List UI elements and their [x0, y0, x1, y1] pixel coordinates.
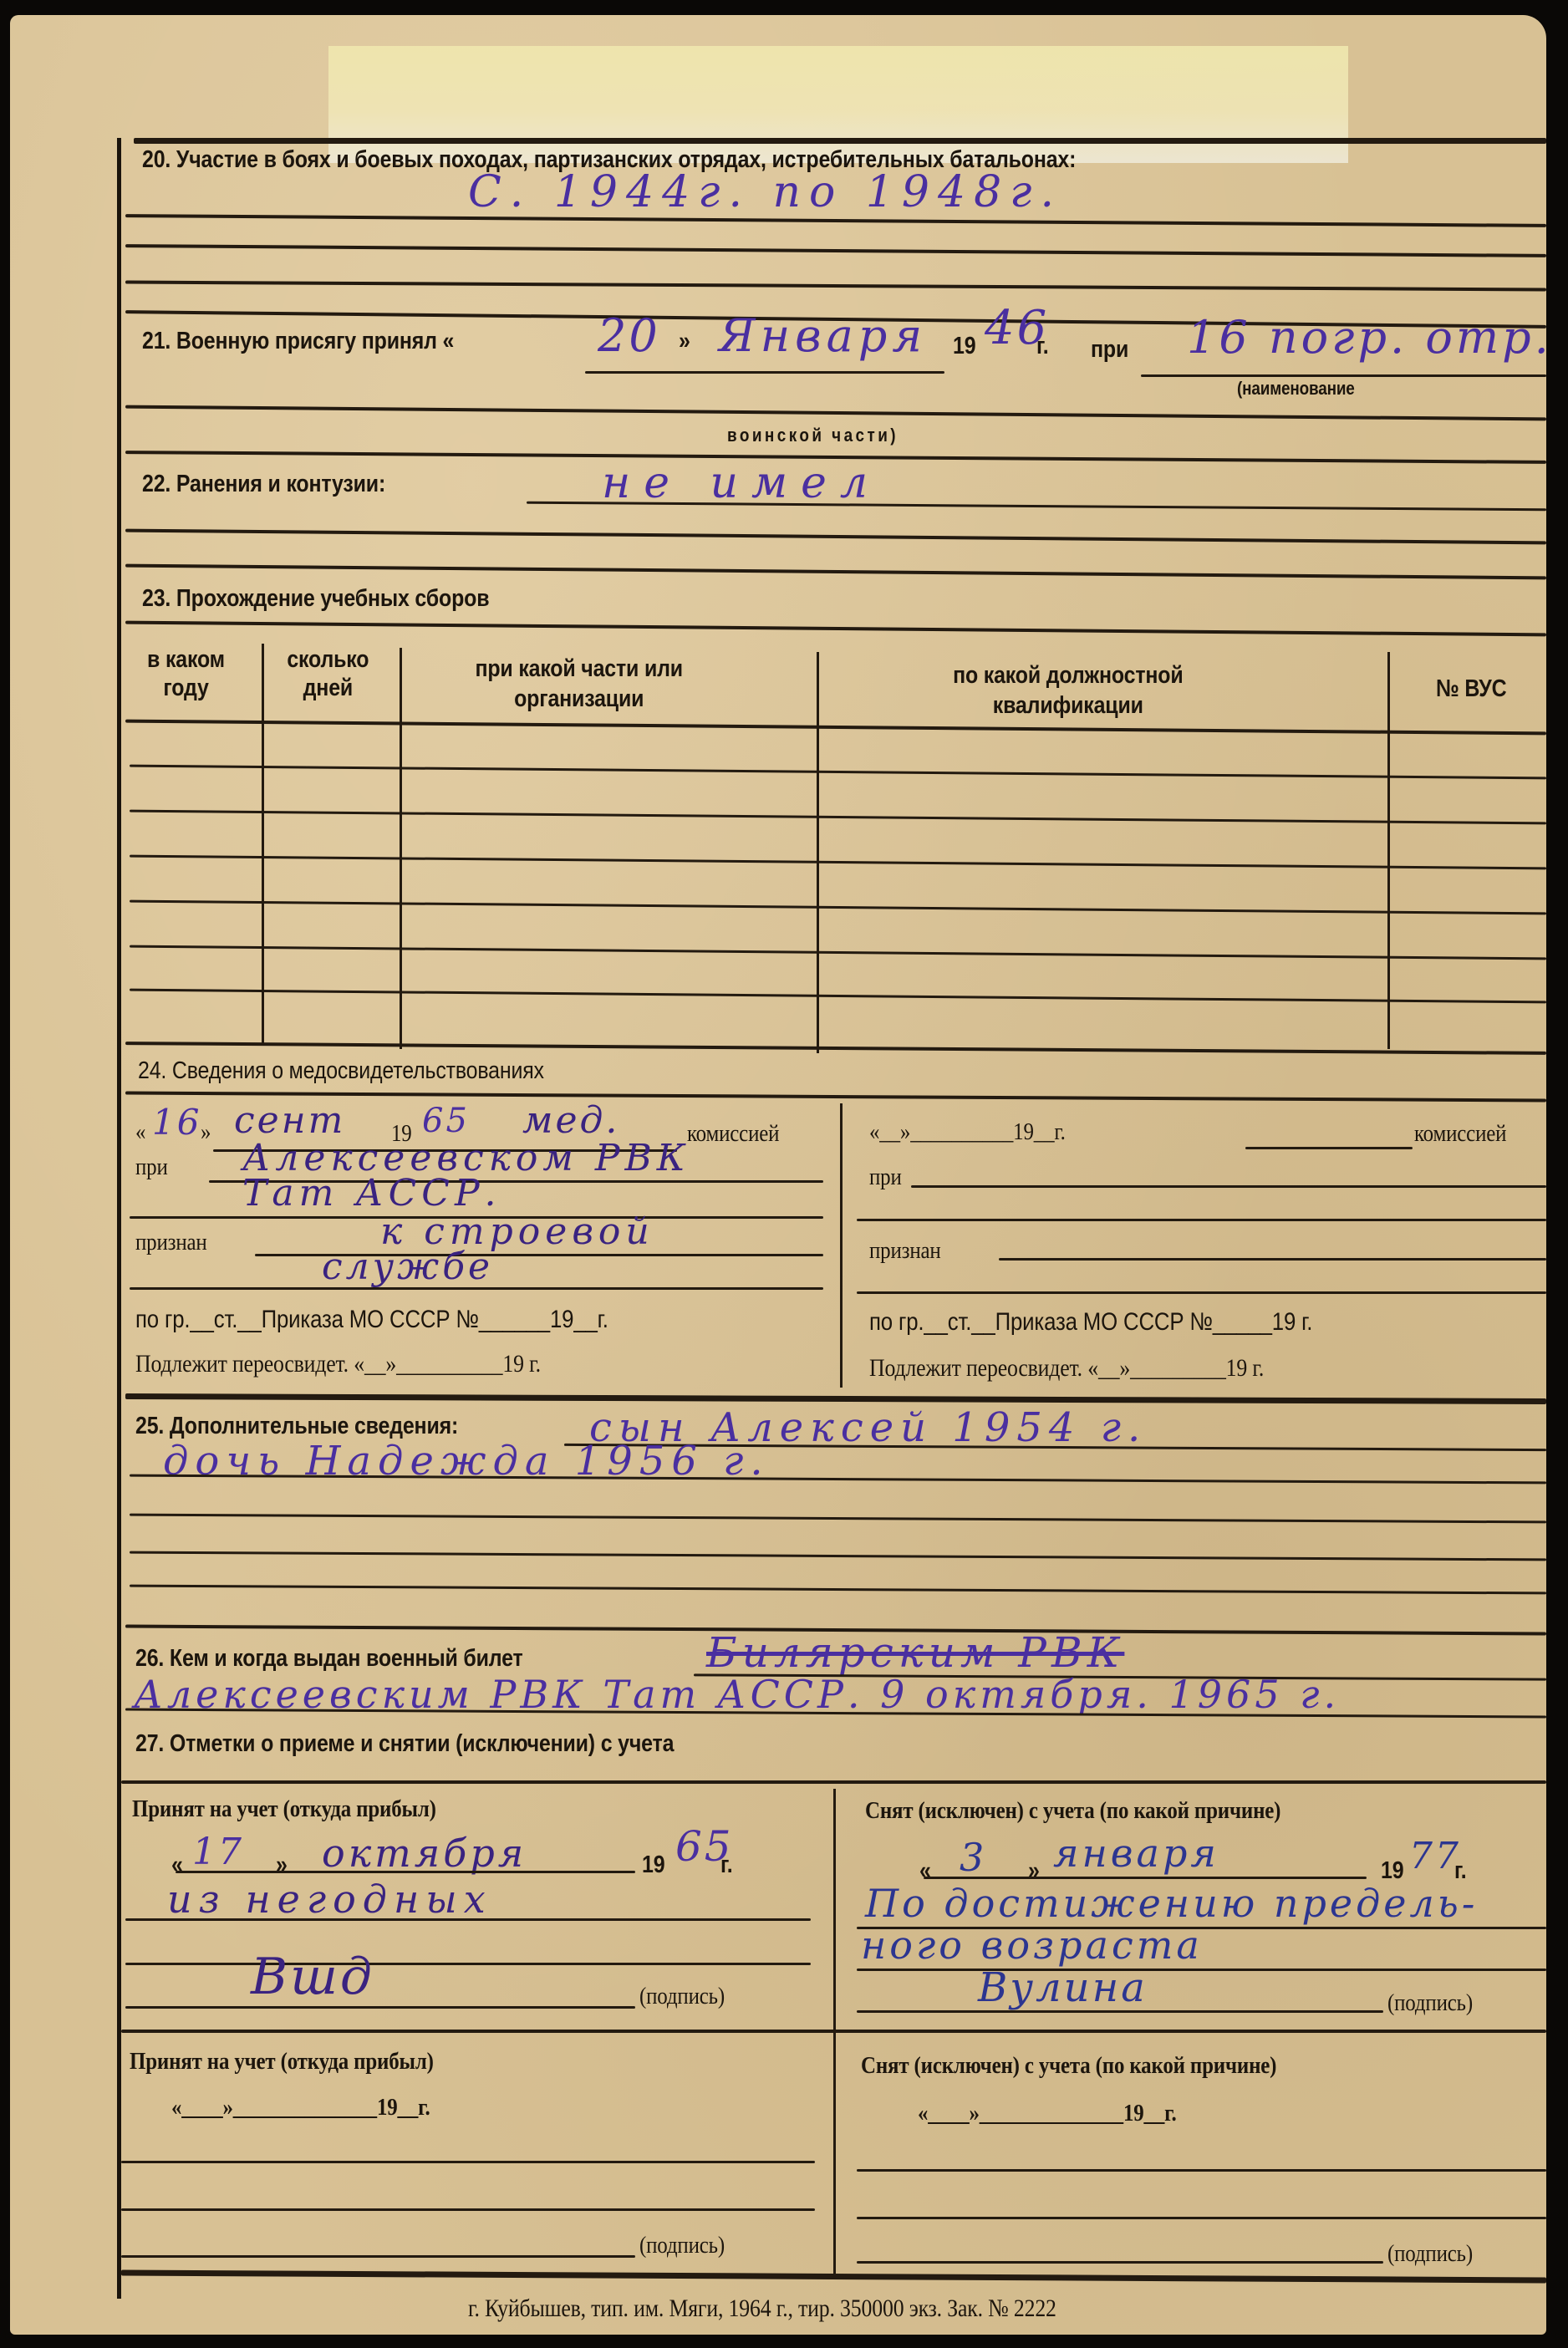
underline [857, 2169, 1546, 2172]
signature-line [125, 2006, 635, 2009]
section-26-label: 26. Кем и когда выдан военный билет [135, 1645, 523, 1673]
removed-1-reason-2: ного возраста [861, 1923, 1203, 1968]
underline [585, 371, 944, 374]
section-24-label: 24. Сведения о медосвидетельствованиях [138, 1057, 544, 1085]
oath-quote-close: » [679, 328, 690, 355]
exam-2-re-exam-line: Подлежит переосвидет. «__»_________19 г. [869, 1354, 1264, 1383]
oath-at-label: при [1091, 336, 1128, 364]
column-divider [840, 1103, 843, 1388]
underline [1141, 374, 1546, 377]
exam-1-at-label: при [135, 1154, 168, 1181]
oath-day: 20 [598, 309, 660, 362]
underline [857, 1219, 1546, 1221]
exam-1-at-value-2: Тат АССР. [242, 1172, 501, 1215]
underline [125, 1918, 811, 1921]
removed-1-day: 3 [960, 1835, 986, 1880]
exam-1-day: 16 [152, 1102, 201, 1143]
accepted-1-signature-label: (подпись) [639, 1983, 725, 2010]
accepted-1-year-suffix: г. [720, 1851, 732, 1879]
removed-1-reason-1: По достижению предель- [865, 1881, 1478, 1926]
exam-2-recognized-label: признан [869, 1237, 941, 1265]
accepted-2-label: Принят на учет (откуда прибыл) [130, 2048, 434, 2076]
printer-imprint: г. Куйбышев, тип. им. Мяги, 1964 г., тир… [468, 2295, 1056, 2323]
exam-2-date-line: «__»__________19__г. [869, 1118, 1066, 1146]
section-27-label: 27. Отметки о приеме и снятии (исключени… [135, 1730, 674, 1758]
exam-1-year: 65 [422, 1102, 470, 1140]
col-header-qualification: по какой должностной квалификации [903, 660, 1234, 721]
exam-1-open-quote: « [135, 1118, 145, 1146]
removed-2-date-line: «____»______________19__г. [918, 2100, 1177, 2127]
removed-1-month: января [1053, 1831, 1219, 1876]
signature-line [857, 2261, 1383, 2264]
underline [130, 1287, 823, 1290]
removed-1-year: 77 [1409, 1835, 1461, 1877]
accepted-1-open-quote: « [171, 1851, 183, 1879]
column-divider [400, 648, 402, 1049]
removed-1-signature-label: (подпись) [1387, 1989, 1473, 2017]
column-divider [262, 644, 264, 1045]
col-header-days: сколько дней [276, 645, 380, 702]
accepted-1-close-quote: » [276, 1851, 288, 1879]
removed-1-label: Снят (исключен) с учета (по какой причин… [865, 1797, 1280, 1825]
exam-1-month: сент [234, 1099, 345, 1142]
divider [121, 1780, 1546, 1784]
oath-month: Января [719, 309, 927, 362]
col-header-year: в каком году [132, 645, 240, 702]
removed-2-signature-label: (подпись) [1387, 2240, 1473, 2268]
divider [121, 2030, 1546, 2033]
underline [1245, 1147, 1413, 1149]
accepted-1-from: из негодных [167, 1877, 492, 1922]
column-divider [817, 652, 819, 1053]
oath-year-prefix: 19 [953, 333, 975, 360]
removed-1-signature: Вулина [978, 1964, 1148, 2011]
col-header-vus: № ВУС [1421, 675, 1521, 703]
underline [121, 2161, 815, 2163]
accepted-1-signature: Вшд [251, 1948, 374, 2006]
section-22-label: 22. Ранения и контузии: [142, 471, 385, 498]
form-left-border [117, 138, 121, 2299]
signature-line [121, 2255, 635, 2258]
unit-caption-1: (наименование [1237, 378, 1355, 400]
oath-year-suffix: г. [1036, 333, 1048, 360]
underline [999, 1258, 1546, 1261]
exam-2-at-label: при [869, 1164, 902, 1191]
underline [857, 1291, 1546, 1294]
exam-1-recognized-value-2: службе [322, 1245, 493, 1288]
underline [911, 1185, 1546, 1188]
oath-unit: 16 погр. отр. [1187, 311, 1552, 364]
exam-1-commission-label: комиссией [687, 1120, 779, 1148]
divider [134, 138, 1546, 144]
section-25-label: 25. Дополнительные сведения: [135, 1413, 458, 1440]
exam-1-order-line: по гр.__ст.__Приказа МО СССР №______19__… [135, 1306, 608, 1334]
column-divider [1387, 652, 1390, 1049]
underline [924, 1877, 1367, 1879]
section-23-label: 23. Прохождение учебных сборов [142, 585, 489, 613]
exam-1-commission-type: мед. [522, 1099, 619, 1142]
accepted-1-year-prefix: 19 [642, 1851, 664, 1879]
removed-2-label: Снят (исключен) с учета (по какой причин… [861, 2052, 1276, 2080]
accepted-2-date-line: «____»______________19__г. [171, 2094, 430, 2121]
exam-1-recognized-label: признан [135, 1229, 207, 1256]
section-26-struck-value: Билярским РВК [706, 1628, 1124, 1677]
exam-1-re-exam-line: Подлежит переосвидет. «__»__________19 г… [135, 1350, 541, 1378]
section-22-value: не имел [602, 458, 881, 508]
accepted-1-day: 17 [192, 1831, 244, 1873]
adhesive-tape-strip [328, 46, 1348, 163]
exam-2-commission-label: комиссией [1414, 1120, 1506, 1148]
accepted-1-label: Принят на учет (откуда прибыл) [132, 1795, 436, 1823]
exam-1-close-quote: » [201, 1118, 211, 1146]
exam-2-order-line: по гр.__ст.__Приказа МО СССР №_____19 г. [869, 1308, 1312, 1337]
underline [176, 1871, 635, 1873]
section-20-value: С. 1944г. по 1948г. [468, 167, 1062, 217]
accepted-1-month: октября [322, 1831, 527, 1876]
accepted-2-signature-label: (подпись) [639, 2232, 725, 2259]
underline [125, 1963, 811, 1965]
underline [857, 2217, 1546, 2219]
underline [121, 2208, 815, 2211]
underline [857, 1969, 1546, 1971]
unit-caption-2: воинской части) [727, 425, 899, 446]
section-21-label: 21. Военную присягу принял « [142, 328, 454, 355]
signature-line [857, 2010, 1383, 2013]
col-header-unit: при какой части или организации [439, 654, 719, 714]
